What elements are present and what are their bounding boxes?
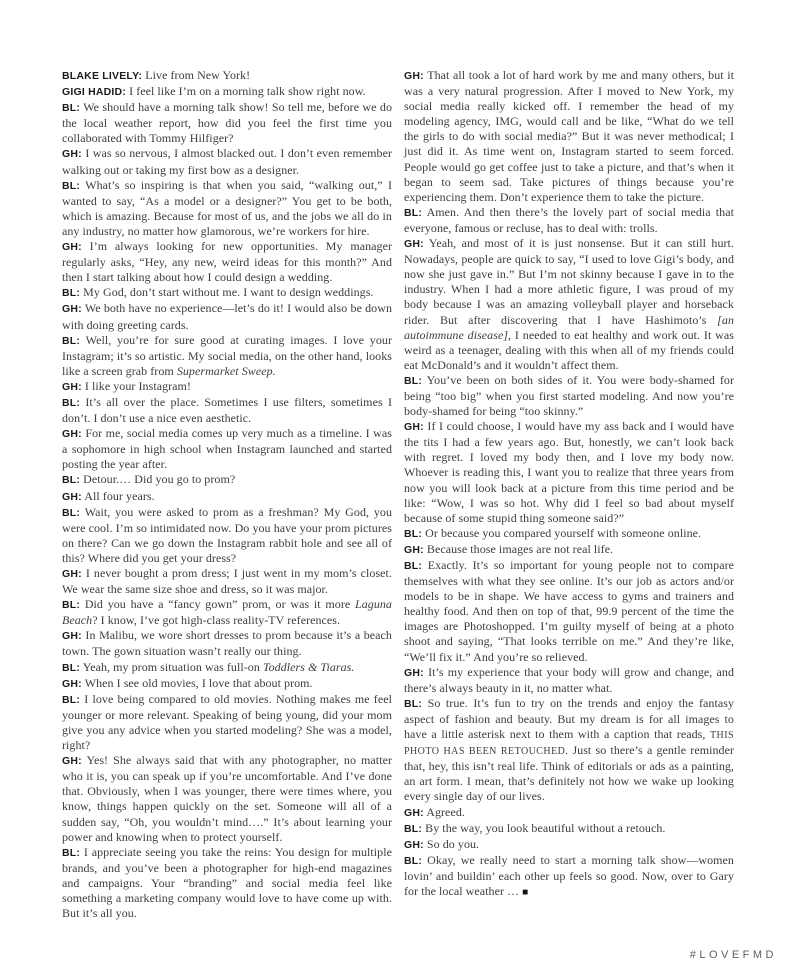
dialogue-text: Supermarket Sweep.	[177, 364, 276, 378]
speaker-label: GH:	[62, 148, 82, 160]
dialogue-paragraph: BL: I love being compared to old movies.…	[62, 692, 392, 753]
dialogue-text: Exactly. It’s so important for young peo…	[404, 558, 734, 664]
speaker-label: BLAKE LIVELY:	[62, 70, 142, 82]
speaker-label: BL:	[62, 180, 80, 192]
speaker-label: GH:	[404, 667, 424, 679]
dialogue-paragraph: BL: Yeah, my prom situation was full-on …	[62, 660, 392, 676]
speaker-label: BL:	[404, 375, 422, 387]
speaker-label: BL:	[62, 287, 80, 299]
watermark: #LOVEFMD	[690, 949, 777, 961]
interview-column-left: BLAKE LIVELY: Live from New York!GIGI HA…	[62, 68, 392, 921]
dialogue-paragraph: GIGI HADID: I feel like I’m on a morning…	[62, 84, 392, 100]
dialogue-paragraph: GH: I’m always looking for new opportuni…	[62, 239, 392, 285]
dialogue-paragraph: GH: It’s my experience that your body wi…	[404, 665, 734, 696]
dialogue-text: All four years.	[84, 489, 154, 503]
speaker-label: BL:	[404, 560, 422, 572]
speaker-label: BL:	[62, 474, 80, 486]
speaker-label: BL:	[62, 335, 80, 347]
speaker-label: GH:	[404, 238, 424, 250]
dialogue-paragraph: BL: Detour.… Did you go to prom?	[62, 472, 392, 488]
dialogue-text: If I could choose, I would have my ass b…	[404, 419, 734, 525]
dialogue-paragraph: GH: That all took a lot of hard work by …	[404, 68, 734, 205]
dialogue-text: Okay, we really need to start a morning …	[404, 853, 734, 898]
dialogue-text: That all took a lot of hard work by me a…	[404, 68, 734, 204]
dialogue-paragraph: GH: So do you.	[404, 837, 734, 853]
dialogue-text: Live from New York!	[145, 68, 250, 82]
dialogue-text: Yes! She always said that with any photo…	[62, 753, 392, 843]
dialogue-paragraph: GH: If I could choose, I would have my a…	[404, 419, 734, 526]
speaker-label: BL:	[404, 855, 422, 867]
dialogue-text: I like your Instagram!	[85, 379, 191, 393]
dialogue-paragraph: BLAKE LIVELY: Live from New York!	[62, 68, 392, 84]
speaker-label: BL:	[404, 207, 422, 219]
dialogue-paragraph: GH: When I see old movies, I love that a…	[62, 676, 392, 692]
dialogue-text: Or because you compared yourself with so…	[425, 526, 701, 540]
dialogue-text: My God, don’t start without me. I want t…	[83, 285, 373, 299]
speaker-label: GH:	[62, 381, 82, 393]
dialogue-text: Did you have a “fancy gown” prom, or was…	[85, 597, 355, 611]
dialogue-paragraph: GH: We both have no experience—let’s do …	[62, 301, 392, 332]
speaker-label: BL:	[62, 694, 80, 706]
dialogue-text: I love being compared to old movies. Not…	[62, 692, 392, 752]
dialogue-text: We should have a morning talk show! So t…	[62, 100, 392, 145]
speaker-label: GH:	[404, 544, 424, 556]
dialogue-paragraph: GH: I like your Instagram!	[62, 379, 392, 395]
dialogue-paragraph: BL: Did you have a “fancy gown” prom, or…	[62, 597, 392, 628]
dialogue-paragraph: BL: I appreciate seeing you take the rei…	[62, 845, 392, 921]
speaker-label: BL:	[404, 698, 422, 710]
dialogue-text: I was so nervous, I almost blacked out. …	[62, 146, 392, 176]
dialogue-paragraph: BL: Amen. And then there’s the lovely pa…	[404, 205, 734, 236]
dialogue-paragraph: GH: Yes! She always said that with any p…	[62, 753, 392, 845]
speaker-label: BL:	[62, 507, 80, 519]
magazine-page: BLAKE LIVELY: Live from New York!GIGI HA…	[0, 0, 800, 980]
dialogue-paragraph: BL: It’s all over the place. Sometimes I…	[62, 395, 392, 426]
speaker-label: GH:	[404, 421, 424, 433]
speaker-label: BL:	[62, 599, 80, 611]
dialogue-paragraph: BL: You’ve been on both sides of it. You…	[404, 373, 734, 419]
dialogue-text: So do you.	[427, 837, 479, 851]
dialogue-text: Yeah, my prom situation was full-on	[83, 660, 263, 674]
dialogue-text: Agreed.	[426, 805, 465, 819]
speaker-label: GH:	[62, 630, 82, 642]
speaker-label: BL:	[404, 528, 422, 540]
interview-text-block: BLAKE LIVELY: Live from New York!GIGI HA…	[62, 68, 734, 921]
dialogue-text: ? I know, I’ve got high-class reality-TV…	[92, 613, 340, 627]
dialogue-text: It’s all over the place. Sometimes I use…	[62, 395, 392, 425]
dialogue-text: In Malibu, we wore short dresses to prom…	[62, 628, 392, 658]
speaker-label: GH:	[62, 568, 82, 580]
dialogue-paragraph: BL: Exactly. It’s so important for young…	[404, 558, 734, 665]
dialogue-text: For me, social media comes up very much …	[62, 426, 392, 471]
dialogue-text: I’m always looking for new opportunities…	[62, 239, 392, 284]
speaker-label: BL:	[62, 397, 80, 409]
dialogue-text: So true. It’s fun to try on the trends a…	[404, 696, 734, 741]
speaker-label: GH:	[404, 70, 424, 82]
dialogue-paragraph: GH: In Malibu, we wore short dresses to …	[62, 628, 392, 659]
speaker-label: GH:	[62, 241, 82, 253]
speaker-label: GH:	[62, 678, 82, 690]
speaker-label: GH:	[404, 807, 424, 819]
dialogue-paragraph: BL: By the way, you look beautiful witho…	[404, 821, 734, 837]
dialogue-paragraph: GH: All four years.	[62, 489, 392, 505]
speaker-label: GIGI HADID:	[62, 86, 126, 98]
dialogue-paragraph: BL: What’s so inspiring is that when you…	[62, 178, 392, 239]
end-of-article-mark: ■	[522, 887, 528, 898]
dialogue-paragraph: BL: We should have a morning talk show! …	[62, 100, 392, 146]
dialogue-text: What’s so inspiring is that when you sai…	[62, 178, 392, 238]
dialogue-paragraph: GH: Agreed.	[404, 805, 734, 821]
speaker-label: BL:	[62, 847, 80, 859]
dialogue-paragraph: GH: Because those images are not real li…	[404, 542, 734, 558]
dialogue-paragraph: GH: I never bought a prom dress; I just …	[62, 566, 392, 597]
dialogue-paragraph: BL: Well, you’re for sure good at curati…	[62, 333, 392, 379]
dialogue-text: I feel like I’m on a morning talk show r…	[129, 84, 366, 98]
dialogue-paragraph: BL: My God, don’t start without me. I wa…	[62, 285, 392, 301]
dialogue-paragraph: BL: So true. It’s fun to try on the tren…	[404, 696, 734, 805]
speaker-label: GH:	[404, 839, 424, 851]
dialogue-text: Amen. And then there’s the lovely part o…	[404, 205, 734, 235]
dialogue-paragraph: GH: Yeah, and most of it is just nonsens…	[404, 236, 734, 373]
dialogue-paragraph: BL: Or because you compared yourself wit…	[404, 526, 734, 542]
speaker-label: BL:	[62, 102, 80, 114]
speaker-label: GH:	[62, 491, 82, 503]
dialogue-paragraph: BL: Okay, we really need to start a morn…	[404, 853, 734, 900]
dialogue-text: Wait, you were asked to prom as a freshm…	[62, 505, 392, 565]
dialogue-text: Toddlers & Tiaras.	[263, 660, 355, 674]
dialogue-text: You’ve been on both sides of it. You wer…	[404, 373, 734, 418]
speaker-label: BL:	[404, 823, 422, 835]
dialogue-text: It’s my experience that your body will g…	[404, 665, 734, 695]
speaker-label: BL:	[62, 662, 80, 674]
speaker-label: GH:	[62, 755, 82, 767]
dialogue-text: Detour.… Did you go to prom?	[83, 472, 235, 486]
dialogue-text: By the way, you look beautiful without a…	[425, 821, 665, 835]
dialogue-paragraph: BL: Wait, you were asked to prom as a fr…	[62, 505, 392, 566]
speaker-label: GH:	[62, 303, 82, 315]
dialogue-paragraph: GH: For me, social media comes up very m…	[62, 426, 392, 472]
dialogue-text: I never bought a prom dress; I just went…	[62, 566, 392, 596]
interview-column-right: GH: That all took a lot of hard work by …	[404, 68, 734, 921]
dialogue-text: Because those images are not real life.	[427, 542, 613, 556]
dialogue-text: I appreciate seeing you take the reins: …	[62, 845, 392, 920]
dialogue-text: Yeah, and most of it is just nonsense. B…	[404, 236, 734, 326]
dialogue-text: We both have no experience—let’s do it! …	[62, 301, 392, 331]
speaker-label: GH:	[62, 428, 82, 440]
dialogue-paragraph: GH: I was so nervous, I almost blacked o…	[62, 146, 392, 177]
dialogue-text: When I see old movies, I love that about…	[85, 676, 313, 690]
